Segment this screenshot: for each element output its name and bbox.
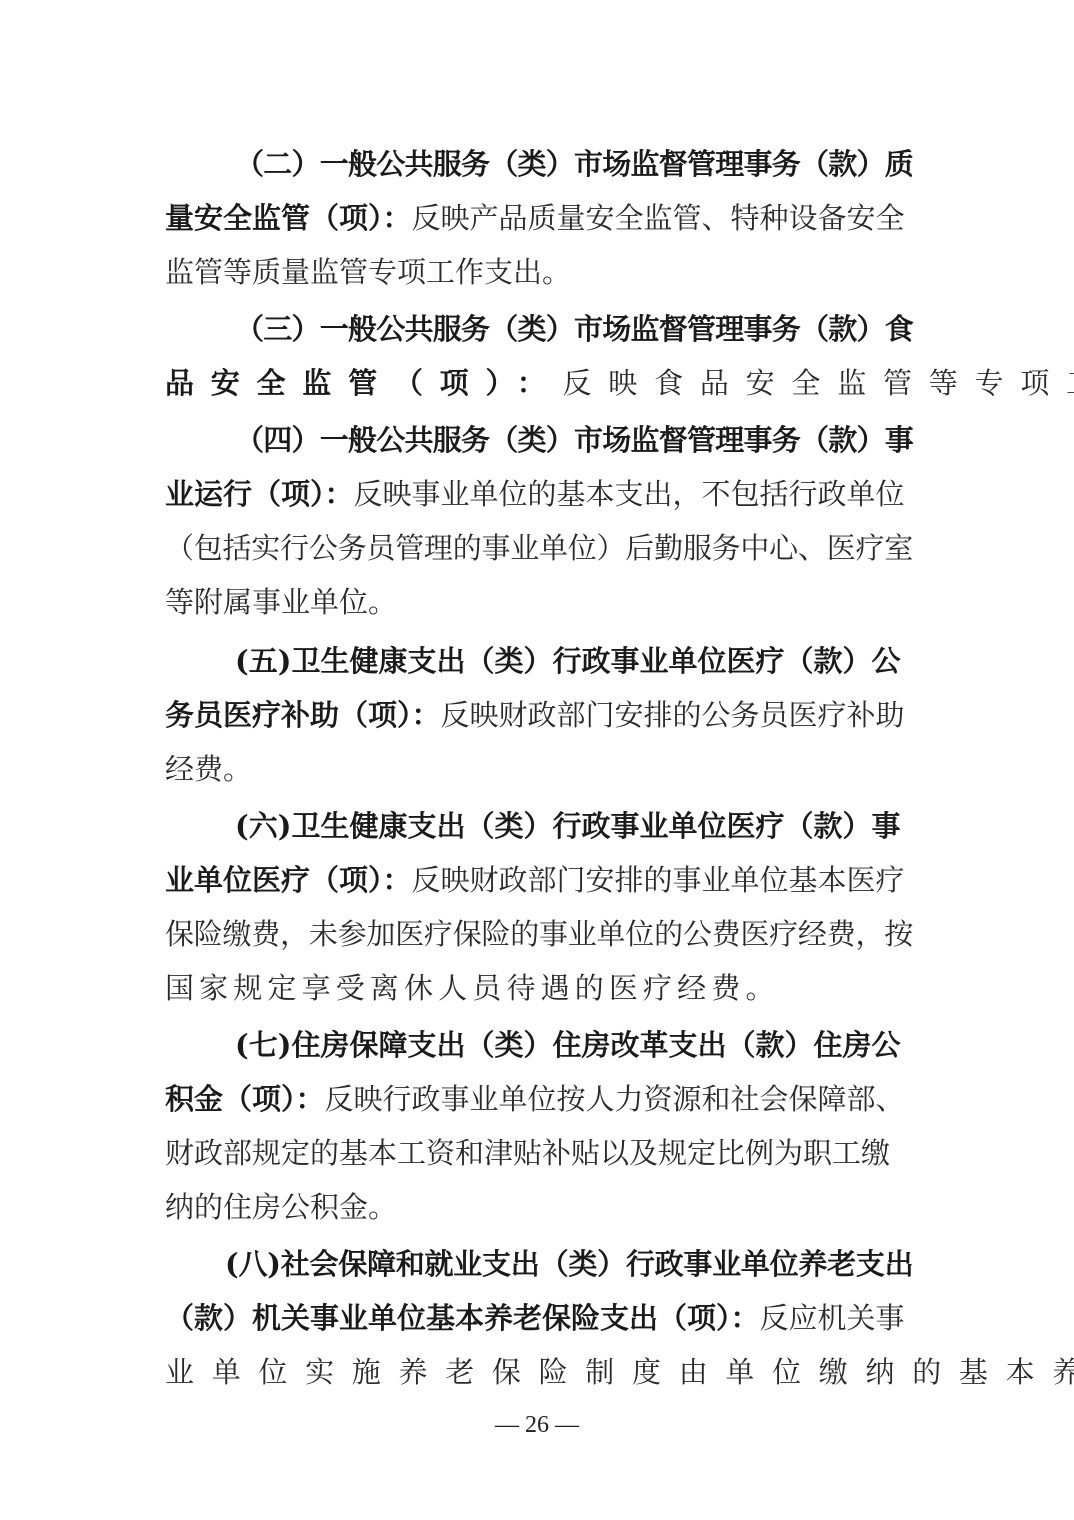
- bold-heading-text: (八)社会保障和就业支出（类）行政事业单位养老支出: [225, 1247, 913, 1281]
- body-text-line: 品安全监管（项）：反映食品安全监管等专项工作支出。: [165, 356, 913, 410]
- item-heading-line: (七)住房保障支出（类）住房改革支出（款）住房公: [235, 1018, 913, 1072]
- bold-heading-text: 业单位医疗（项）：: [165, 863, 412, 897]
- bold-heading-text: (六)卫生健康支出（类）行政事业单位医疗（款）事: [235, 809, 900, 843]
- regular-text: 反映财政部门安排的事业单位基本医疗: [412, 863, 905, 897]
- regular-text: 反映行政事业单位按人力资源和社会保障部、: [325, 1082, 905, 1116]
- bold-heading-text: 品安全监管（项）：: [165, 366, 563, 400]
- regular-text: 国家规定享受离休人员待遇的医疗经费。: [165, 971, 780, 1005]
- body-text-line: 国家规定享受离休人员待遇的医疗经费。: [165, 961, 913, 1015]
- item-heading-line: （四）一般公共服务（类）市场监督管理事务（款）事: [235, 413, 913, 467]
- regular-text: 反映财政部门安排的公务员医疗补助: [441, 698, 905, 732]
- item-heading-line: （二）一般公共服务（类）市场监督管理事务（款）质: [235, 137, 913, 191]
- regular-text: 监管等质量监管专项工作支出。: [165, 255, 571, 289]
- body-text-line: （包括实行公务员管理的事业单位）后勤服务中心、医疗室: [165, 521, 913, 575]
- body-text-line: 业单位医疗（项）：反映财政部门安排的事业单位基本医疗: [165, 853, 913, 907]
- bold-heading-text: （二）一般公共服务（类）市场监督管理事务（款）质: [235, 147, 913, 181]
- page-number: — 26 —: [0, 1412, 1074, 1439]
- regular-text: 保险缴费，未参加医疗保险的事业单位的公费医疗经费，按: [165, 917, 913, 951]
- body-text-line: 纳的住房公积金。: [165, 1180, 913, 1234]
- regular-text: 纳的住房公积金。: [165, 1190, 397, 1224]
- body-text-line: 量安全监管（项）：反映产品质量安全监管、特种设备安全: [165, 191, 913, 245]
- bold-heading-text: 业运行（项）：: [165, 477, 354, 511]
- body-text-line: 保险缴费，未参加医疗保险的事业单位的公费医疗经费，按: [165, 907, 913, 961]
- bold-heading-text: 务员医疗补助（项）：: [165, 698, 441, 732]
- body-text-line: 务员医疗补助（项）：反映财政部门安排的公务员医疗补助: [165, 688, 913, 742]
- body-text-line: 财政部规定的基本工资和津贴补贴以及规定比例为职工缴: [165, 1126, 913, 1180]
- body-text-line: 等附属事业单位。: [165, 575, 913, 629]
- body-text-line: 业运行（项）：反映事业单位的基本支出，不包括行政单位: [165, 467, 913, 521]
- bold-heading-text: (五)卫生健康支出（类）行政事业单位医疗（款）公: [235, 644, 900, 678]
- regular-text: 反映事业单位的基本支出，不包括行政单位: [354, 477, 905, 511]
- body-text-line: 积金（项）：反映行政事业单位按人力资源和社会保障部、: [165, 1072, 913, 1126]
- bold-heading-text: (七)住房保障支出（类）住房改革支出（款）住房公: [235, 1028, 900, 1062]
- item-heading-line: (八)社会保障和就业支出（类）行政事业单位养老支出: [225, 1237, 913, 1291]
- bold-heading-text: （四）一般公共服务（类）市场监督管理事务（款）事: [235, 423, 913, 457]
- regular-text: 等附属事业单位。: [165, 585, 397, 619]
- regular-text: 财政部规定的基本工资和津贴补贴以及规定比例为职工缴: [165, 1136, 890, 1170]
- regular-text: 反映产品质量安全监管、特种设备安全: [412, 201, 905, 235]
- regular-text: 经费。: [165, 752, 252, 786]
- body-text-line: 业单位实施养老保险制度由单位缴纳的基本养老保险支出。: [165, 1345, 913, 1399]
- regular-text: 反应机关事: [760, 1301, 905, 1335]
- bold-heading-text: （三）一般公共服务（类）市场监督管理事务（款）食: [235, 312, 913, 346]
- bold-heading-text: （款）机关事业单位基本养老保险支出（项）：: [165, 1301, 760, 1335]
- item-heading-line: （三）一般公共服务（类）市场监督管理事务（款）食: [235, 302, 913, 356]
- body-text-line: 监管等质量监管专项工作支出。: [165, 245, 913, 299]
- bold-heading-text: 量安全监管（项）：: [165, 201, 412, 235]
- body-text-line: （款）机关事业单位基本养老保险支出（项）：反应机关事: [165, 1291, 913, 1345]
- regular-text: （包括实行公务员管理的事业单位）后勤服务中心、医疗室: [165, 531, 913, 565]
- regular-text: 业单位实施养老保险制度由单位缴纳的基本养老保险支出。: [165, 1355, 1074, 1389]
- item-heading-line: (五)卫生健康支出（类）行政事业单位医疗（款）公: [235, 634, 913, 688]
- body-text-line: 经费。: [165, 742, 913, 796]
- item-heading-line: (六)卫生健康支出（类）行政事业单位医疗（款）事: [235, 799, 913, 853]
- regular-text: 反映食品安全监管等专项工作支出。: [563, 366, 1074, 400]
- bold-heading-text: 积金（项）：: [165, 1082, 325, 1116]
